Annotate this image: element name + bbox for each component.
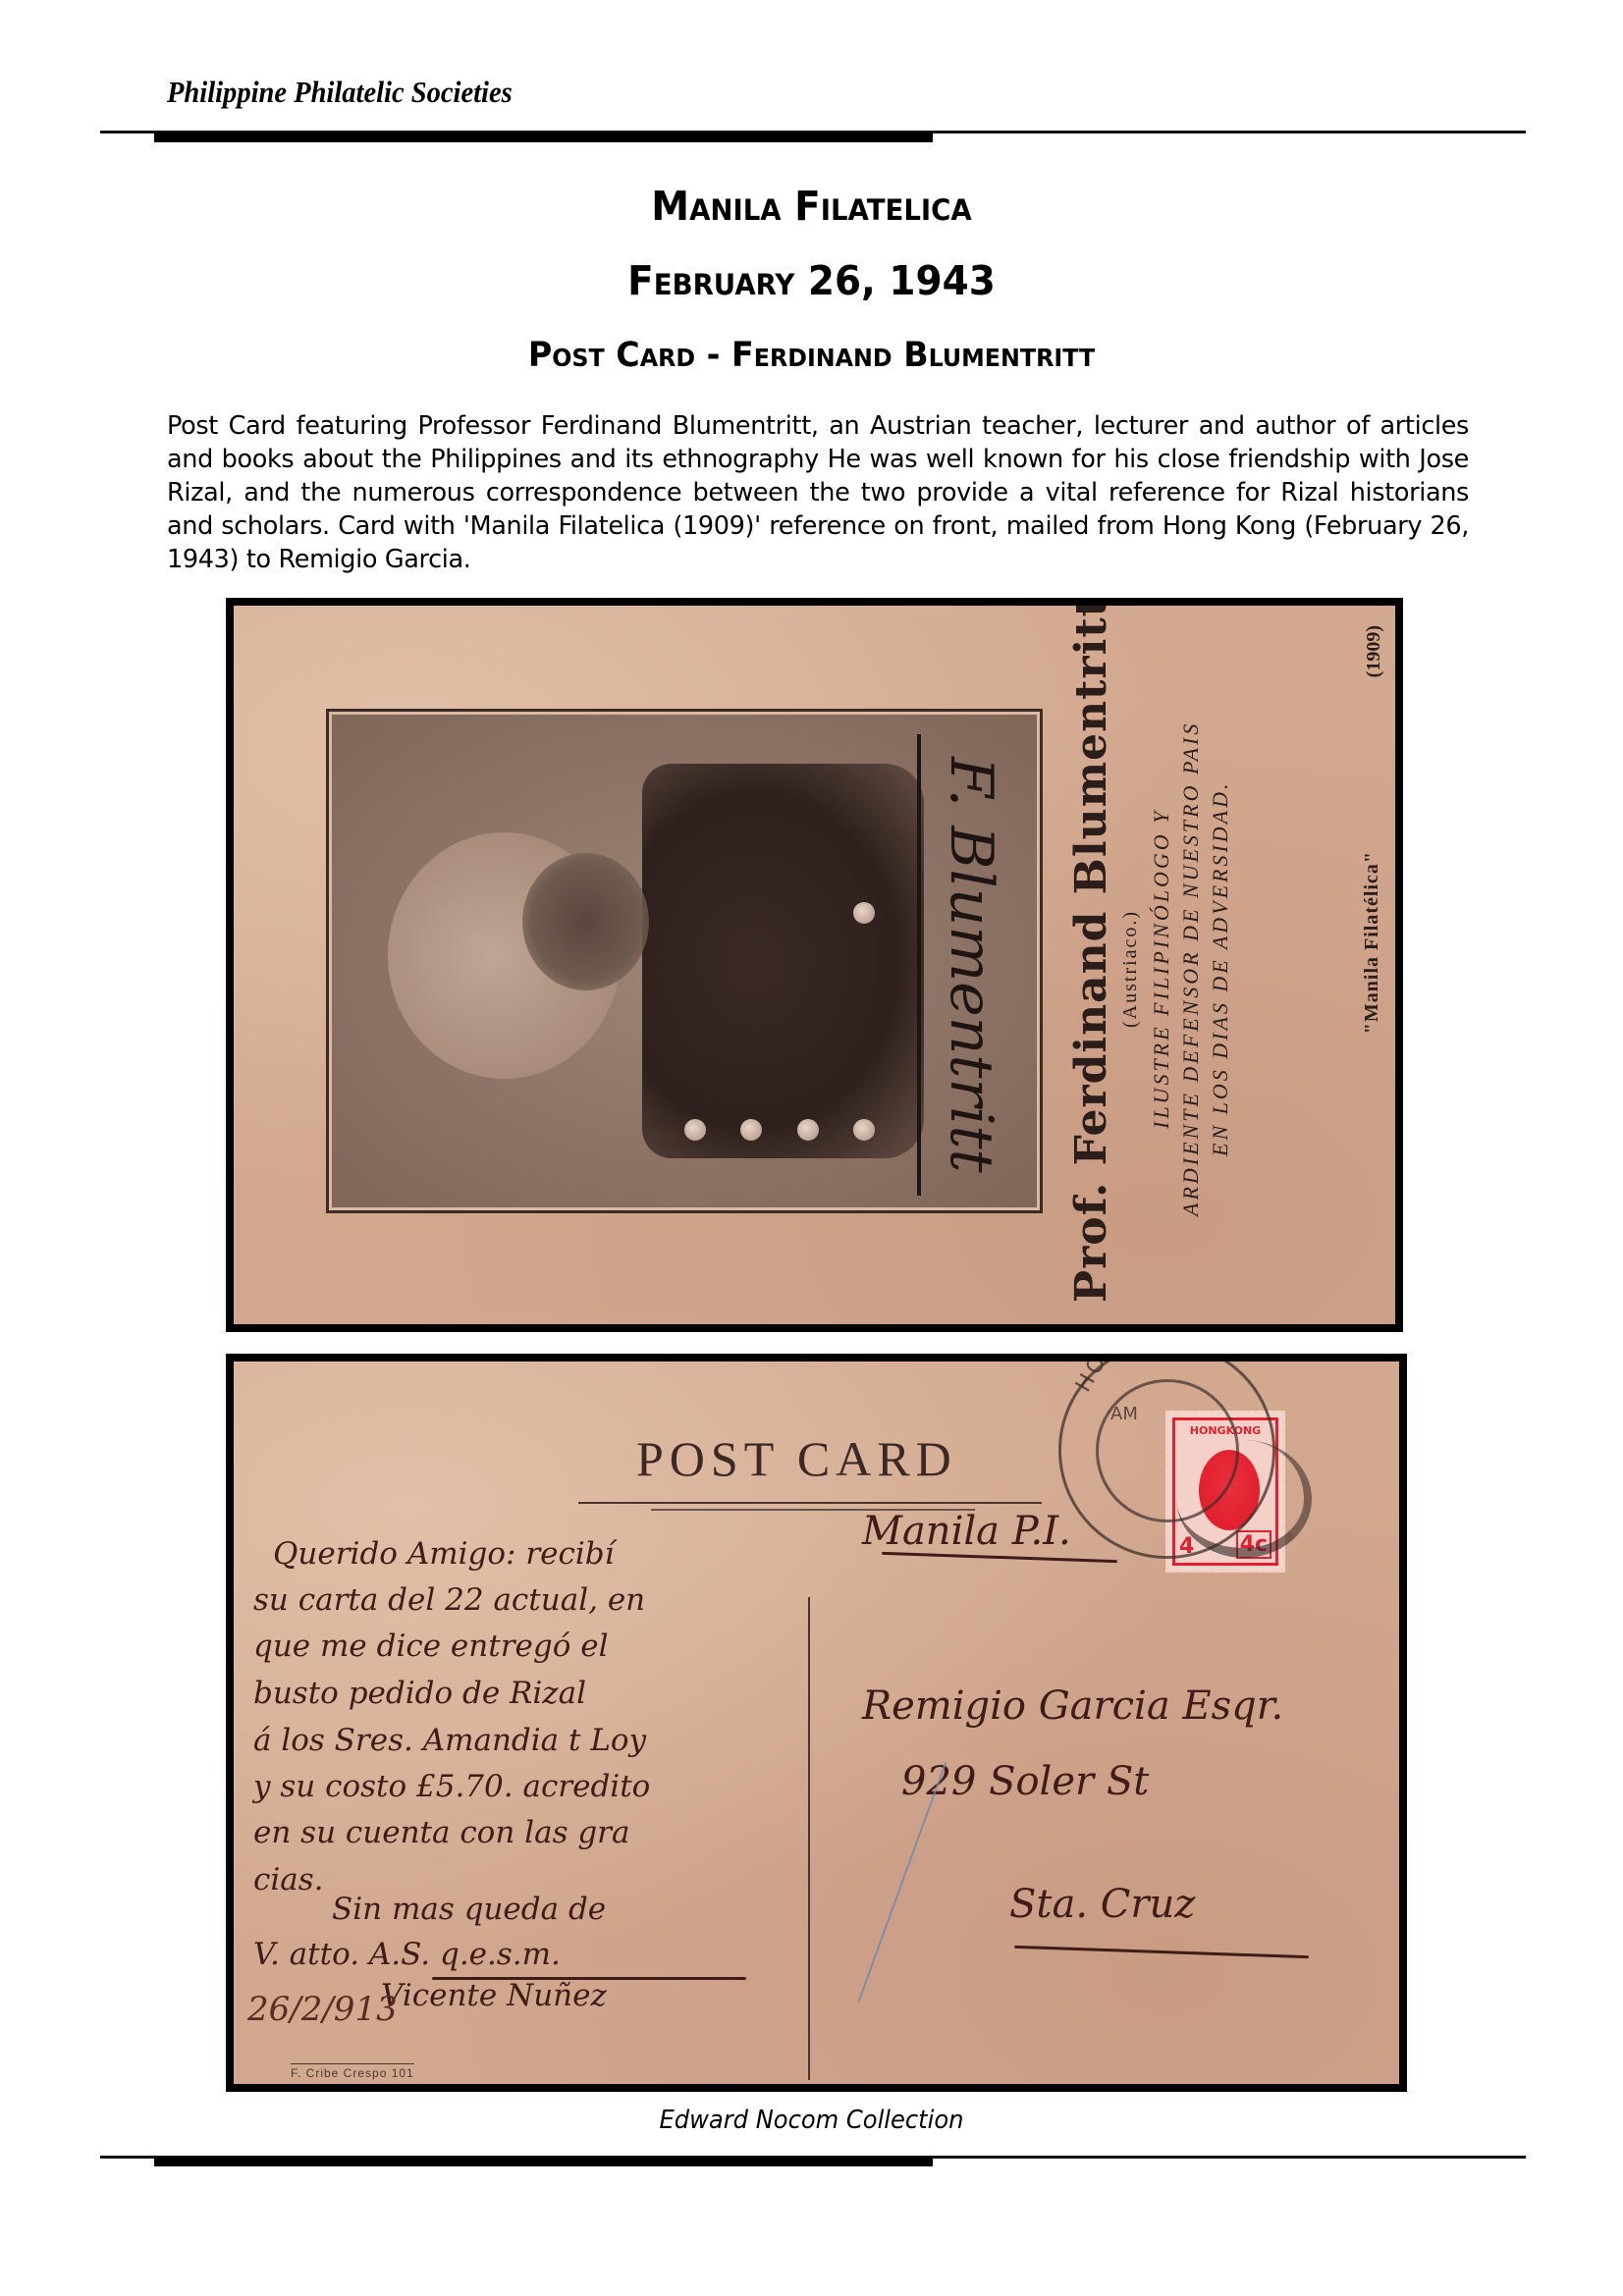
cancellation-bars xyxy=(1176,1440,1312,1558)
message-line: su carta del 22 actual, en xyxy=(253,1582,645,1618)
collection-caption: Edward Nocom Collection xyxy=(57,2106,1566,2135)
page-title: Manila Filatelica xyxy=(40,183,1582,230)
description-paragraph: Post Card featuring Professor Ferdinand … xyxy=(167,409,1469,576)
postcard-back: POST CARD Querido Amigo: recibí su carta… xyxy=(234,1362,1399,2084)
address-line: Manila P.I. xyxy=(862,1509,1071,1554)
printer-imprint: F. Cribe Crespo 101 xyxy=(291,2063,414,2080)
message-line: y su costo £5.70. acredito xyxy=(253,1769,650,1804)
message-line: Sin mas queda de xyxy=(332,1892,606,1927)
postcard-front: F. Blumentritt Prof. Ferdinand Blumentri… xyxy=(234,606,1395,1324)
message-line: busto pedido de Rizal xyxy=(253,1676,586,1711)
coat-button xyxy=(853,902,875,924)
postcard-heading: POST CARD xyxy=(636,1430,957,1487)
coat-button xyxy=(740,1119,762,1141)
message-line: en su cuenta con las gra xyxy=(253,1815,629,1850)
card-inscription-line: EN LOS DIAS DE ADVERSIDAD. xyxy=(1208,635,1233,1303)
address-line: Remigio Garcia Esqr. xyxy=(862,1683,1283,1729)
message-line: V. atto. A.S. q.e.s.m. xyxy=(253,1937,561,1972)
card-name: Prof. Ferdinand Blumentritt xyxy=(1066,635,1116,1303)
postmark-time: AM xyxy=(1110,1404,1138,1424)
coat-button xyxy=(853,1119,875,1141)
header-rule-bar xyxy=(154,133,933,142)
message-line: que me dice entregó el xyxy=(253,1629,608,1664)
address-line: Sta. Cruz xyxy=(1009,1882,1195,1927)
message-line: Querido Amigo: recibí xyxy=(273,1536,615,1572)
portrait-coat xyxy=(642,764,924,1158)
portrait-photo: F. Blumentritt xyxy=(326,709,1043,1213)
coat-button xyxy=(797,1119,819,1141)
message-line: cias. xyxy=(253,1862,324,1897)
card-inscription-line: ILUSTRE FILIPINÓLOGO Y xyxy=(1149,635,1174,1303)
page-date: February 26, 1943 xyxy=(40,257,1582,304)
message-signature: Vicente Nuñez xyxy=(381,1978,607,2013)
message-line: á los Sres. Amandia t Loy xyxy=(253,1723,646,1758)
running-header: Philippine Philatelic Societies xyxy=(167,75,513,110)
handwritten-date: 26/2/913 xyxy=(247,1990,398,2029)
postcard-back-image: POST CARD Querido Amigo: recibí su carta… xyxy=(226,1354,1407,2092)
card-inscription-line: ARDIENTE DEFENSOR DE NUESTRO PAIS xyxy=(1178,635,1204,1303)
card-year: (1909) xyxy=(1363,625,1385,677)
coat-button xyxy=(684,1119,706,1141)
portrait-beard xyxy=(522,853,649,991)
message-address-divider xyxy=(808,1597,810,2080)
page-subtitle: Post Card - Ferdinand Blumentritt xyxy=(40,336,1582,375)
postcard-front-image: F. Blumentritt Prof. Ferdinand Blumentri… xyxy=(226,598,1403,1332)
signature-flourish xyxy=(432,1977,746,1980)
portrait-signature: F. Blumentritt xyxy=(917,734,1005,1196)
heading-rule xyxy=(578,1502,1042,1504)
footer-rule-bar xyxy=(154,2157,933,2166)
address-underline xyxy=(1014,1946,1309,1958)
card-publisher: "Manila Filatélica" xyxy=(1361,851,1383,1034)
card-nationality: (Austriaco.) xyxy=(1119,635,1142,1303)
